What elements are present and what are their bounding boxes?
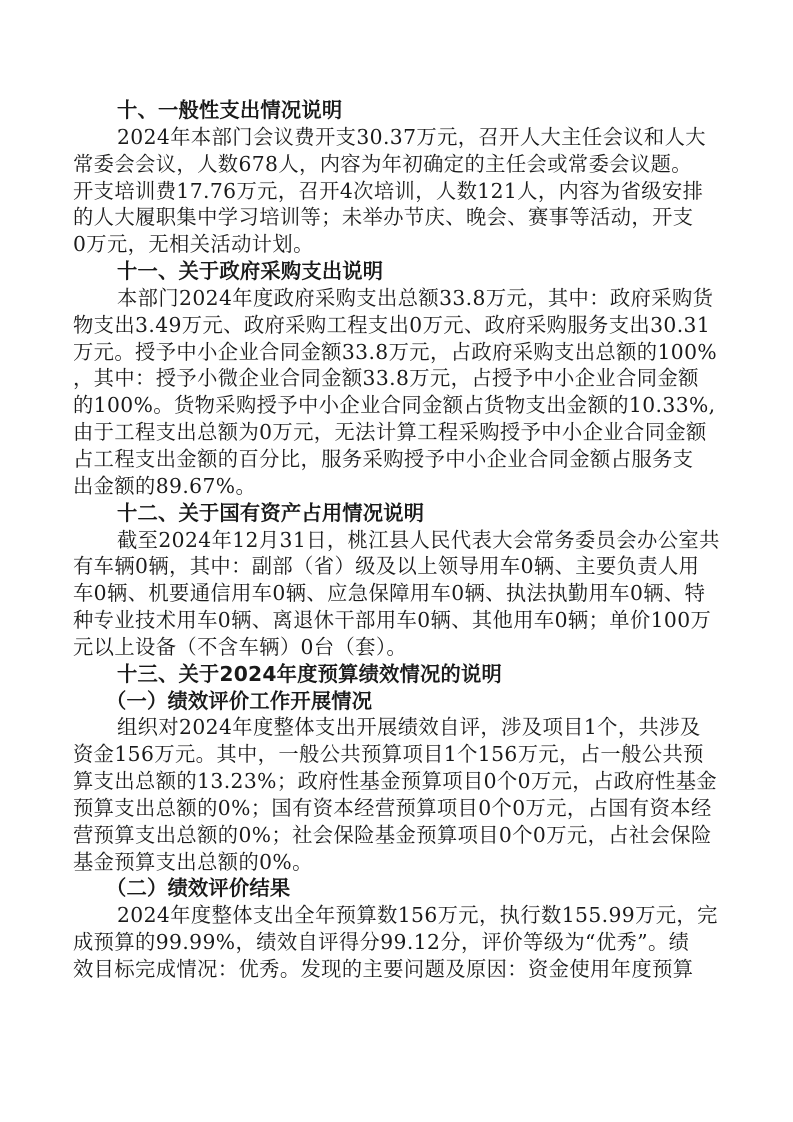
- paragraph-line: 占工程支出金额的百分比，服务采购授予中小企业合同金额占服务支: [73, 446, 705, 473]
- paragraph-line: 的人大履职集中学习培训等；未举办节庆、晚会、赛事等活动，开支: [73, 204, 705, 231]
- paragraph-line: 由于工程支出总额为0万元，无法计算工程采购授予中小企业合同金额: [73, 419, 705, 446]
- paragraph-line: 0万元，无相关活动计划。: [73, 231, 705, 258]
- section-heading: 十三、关于2024年度预算绩效情况的说明: [73, 661, 705, 688]
- paragraph-line: 的100%。货物采购授予中小企业合同金额占货物支出金额的10.33%,: [73, 392, 705, 419]
- section-heading: 十一、关于政府采购支出说明: [73, 258, 705, 285]
- subsection-heading: （二）绩效评价结果: [73, 875, 705, 902]
- paragraph-line: 组织对2024年度整体支出开展绩效自评，涉及项目1个，共涉及: [73, 714, 705, 741]
- subsection-heading: （一）绩效评价工作开展情况: [73, 688, 705, 715]
- paragraph-line: 种专业技术用车0辆、离退休干部用车0辆、其他用车0辆；单价100万: [73, 607, 705, 634]
- paragraph-line: 常委会会议，人数678人，内容为年初确定的主任会或常委会议题。: [73, 151, 705, 178]
- paragraph-line: ，其中：授予小微企业合同金额33.8万元，占授予中小企业合同金额: [73, 365, 705, 392]
- paragraph-line: 车0辆、机要通信用车0辆、应急保障用车0辆、执法执勤用车0辆、特: [73, 580, 705, 607]
- subsection-evaluation-work: （一）绩效评价工作开展情况 组织对2024年度整体支出开展绩效自评，涉及项目1个…: [73, 688, 705, 876]
- paragraph-line: 2024年度整体支出全年预算数156万元，执行数155.99万元，完: [73, 902, 705, 929]
- section-heading: 十、一般性支出情况说明: [73, 97, 705, 124]
- subsection-evaluation-results: （二）绩效评价结果 2024年度整体支出全年预算数156万元，执行数155.99…: [73, 875, 705, 982]
- paragraph-line: 预算支出总额的0%；国有资本经营预算项目0个0万元，占国有资本经: [73, 795, 705, 822]
- section-government-procurement: 十一、关于政府采购支出说明 本部门2024年度政府采购支出总额33.8万元，其中…: [73, 258, 705, 500]
- paragraph-line: 效目标完成情况：优秀。发现的主要问题及原因：资金使用年度预算: [73, 956, 705, 983]
- paragraph-line: 万元。授予中小企业合同金额33.8万元，占政府采购支出总额的100%: [73, 339, 705, 366]
- section-budget-performance: 十三、关于2024年度预算绩效情况的说明 （一）绩效评价工作开展情况 组织对20…: [73, 661, 705, 983]
- paragraph-line: 基金预算支出总额的0%。: [73, 849, 705, 876]
- paragraph-line: 成预算的99.99%，绩效自评得分99.12分，评价等级为“优秀”。绩: [73, 929, 705, 956]
- paragraph-line: 截至2024年12月31日，桃江县人民代表大会常务委员会办公室共: [73, 527, 705, 554]
- paragraph-line: 有车辆0辆，其中：副部（省）级及以上领导用车0辆、主要负责人用: [73, 553, 705, 580]
- section-heading: 十二、关于国有资产占用情况说明: [73, 500, 705, 527]
- paragraph-line: 资金156万元。其中，一般公共预算项目1个156万元，占一般公共预: [73, 741, 705, 768]
- paragraph-line: 本部门2024年度政府采购支出总额33.8万元，其中：政府采购货: [73, 285, 705, 312]
- section-state-assets: 十二、关于国有资产占用情况说明 截至2024年12月31日，桃江县人民代表大会常…: [73, 500, 705, 661]
- paragraph-line: 营预算支出总额的0%；社会保险基金预算项目0个0万元，占社会保险: [73, 822, 705, 849]
- paragraph-line: 出金额的89.67%。: [73, 473, 705, 500]
- paragraph-line: 开支培训费17.76万元，召开4次培训，人数121人，内容为省级安排: [73, 178, 705, 205]
- section-general-expenditure: 十、一般性支出情况说明 2024年本部门会议费开支30.37万元，召开人大主任会…: [73, 97, 705, 258]
- paragraph-line: 算支出总额的13.23%；政府性基金预算项目0个0万元，占政府性基金: [73, 768, 705, 795]
- document-page: 十、一般性支出情况说明 2024年本部门会议费开支30.37万元，召开人大主任会…: [73, 97, 705, 983]
- paragraph-line: 物支出3.49万元、政府采购工程支出0万元、政府采购服务支出30.31: [73, 312, 705, 339]
- paragraph-line: 元以上设备（不含车辆）0台（套）。: [73, 634, 705, 661]
- paragraph-line: 2024年本部门会议费开支30.37万元，召开人大主任会议和人大: [73, 124, 705, 151]
